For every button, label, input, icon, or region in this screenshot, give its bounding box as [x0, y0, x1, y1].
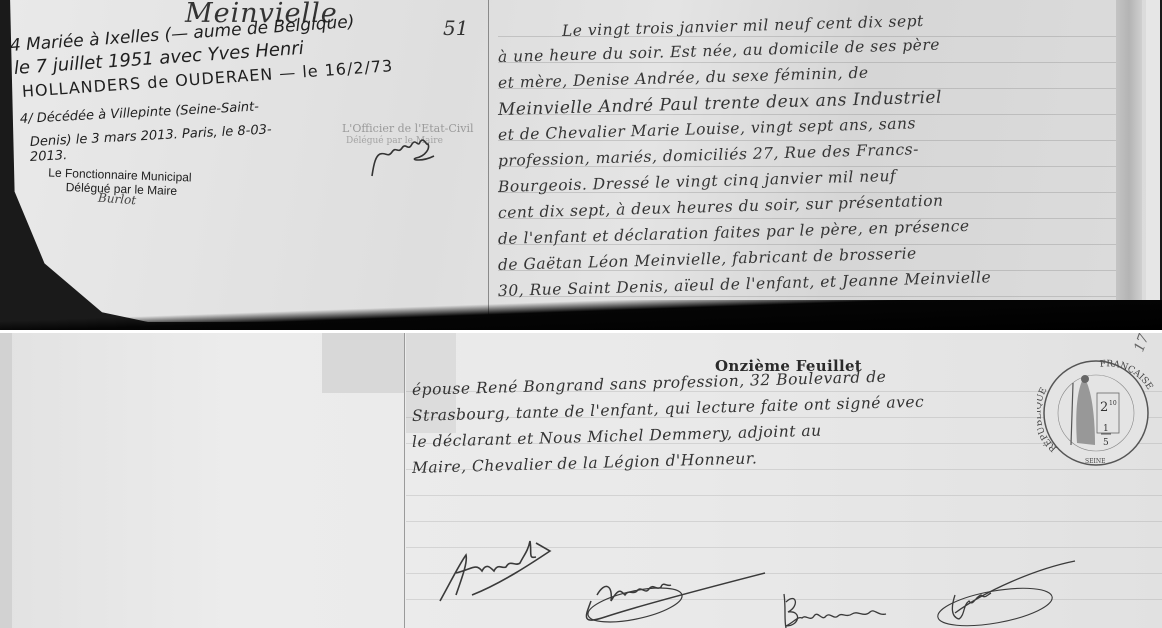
svg-text:10: 10: [1109, 400, 1117, 407]
municipal-officer-signature: Burlot: [98, 191, 137, 208]
page-fold-shadow: [0, 300, 1162, 330]
death-annotation-line: 2013.: [30, 148, 68, 165]
signature-g-meinvielle-icon: [575, 561, 775, 628]
svg-text:5: 5: [1103, 438, 1109, 448]
page-binding-strip: [1116, 0, 1142, 322]
officer-signature-icon: [370, 132, 450, 178]
signature-demmery-icon: [925, 555, 1095, 628]
scan-lower-page: Onzième Feuillet épouse René Bongrand sa…: [0, 333, 1162, 628]
page-tab-shade: [322, 333, 404, 393]
margin-divider-line: [488, 0, 489, 322]
signature-bongrand-icon: [778, 588, 938, 628]
page-edge: [1146, 0, 1160, 322]
margin-divider-line: [404, 333, 405, 628]
scan-upper-page: Meinvielle 51 4 Mariée à Ixelles (— aume…: [0, 0, 1162, 330]
page-edge: [0, 333, 12, 628]
republique-francaise-tax-stamp-icon: RÉPUBLIQUE FRANÇAISE 2 10 1 5 SEINE: [1037, 353, 1155, 471]
svg-text:SEINE: SEINE: [1085, 458, 1106, 465]
act-number: 51: [443, 16, 468, 40]
svg-text:1: 1: [1103, 424, 1109, 434]
svg-text:2: 2: [1100, 400, 1108, 415]
